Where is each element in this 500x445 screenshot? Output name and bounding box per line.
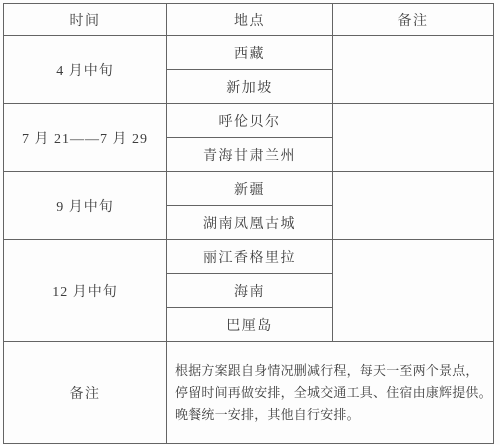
location-cell: 新加坡 [167,70,333,104]
notes-line: 晚餐统一安排，其他自行安排。 [175,404,489,426]
location-cell: 西藏 [167,36,333,70]
notes-cell [333,172,494,240]
footer-row: 备注 根据方案跟自身情况删减行程，每天一至两个景点， 停留时间再做安排，全城交通… [4,342,494,444]
notes-cell [333,240,494,342]
notes-cell [333,104,494,172]
scanned-page: 时间 地点 备注 4 月中旬 西藏 新加坡 7 月 21——7 月 29 呼伦贝… [0,0,500,445]
notes-line: 根据方案跟自身情况删减行程，每天一至两个景点， [175,360,489,382]
location-cell: 丽江香格里拉 [167,240,333,274]
footer-label-cell: 备注 [4,342,167,444]
time-cell-december: 12 月中旬 [4,240,167,342]
notes-cell [333,36,494,104]
time-cell-july: 7 月 21——7 月 29 [4,104,167,172]
table-row: 7 月 21——7 月 29 呼伦贝尔 [4,104,494,138]
header-cell-location: 地点 [167,4,333,36]
location-cell: 青海甘肃兰州 [167,138,333,172]
header-cell-time: 时间 [4,4,167,36]
table-row: 9 月中旬 新疆 [4,172,494,206]
notes-line: 停留时间再做安排，全城交通工具、住宿由康辉提供。 [175,382,489,404]
table-row: 4 月中旬 西藏 [4,36,494,70]
location-cell: 呼伦贝尔 [167,104,333,138]
location-cell: 湖南凤凰古城 [167,206,333,240]
travel-schedule-table: 时间 地点 备注 4 月中旬 西藏 新加坡 7 月 21——7 月 29 呼伦贝… [3,3,494,444]
location-cell: 海南 [167,274,333,308]
header-cell-notes: 备注 [333,4,494,36]
location-cell: 新疆 [167,172,333,206]
table-row: 12 月中旬 丽江香格里拉 [4,240,494,274]
header-row: 时间 地点 备注 [4,4,494,36]
time-cell-april: 4 月中旬 [4,36,167,104]
location-cell: 巴厘岛 [167,308,333,342]
footer-notes-cell: 根据方案跟自身情况删减行程，每天一至两个景点， 停留时间再做安排，全城交通工具、… [167,342,494,444]
time-cell-september: 9 月中旬 [4,172,167,240]
